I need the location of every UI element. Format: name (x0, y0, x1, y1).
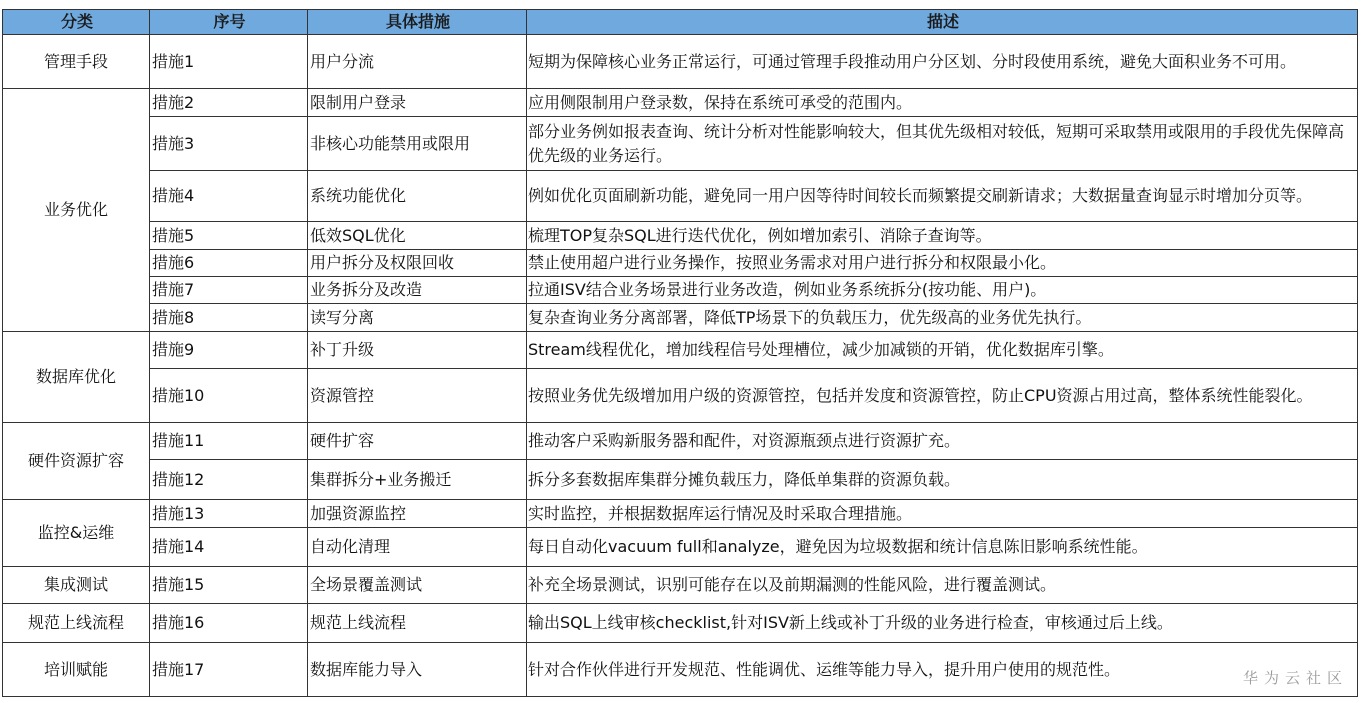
measure-name-cell: 全场景覆盖测试 (308, 567, 527, 604)
measure-id-cell: 措施2 (150, 89, 308, 117)
description-cell: 禁止使用超户进行业务操作，按照业务需求对用户进行拆分和权限最小化。 (527, 250, 1358, 277)
watermark: 华为云社区 (1243, 667, 1348, 688)
measure-id-cell: 措施16 (150, 604, 308, 643)
measure-id-cell: 措施1 (150, 35, 308, 89)
description-cell: 应用侧限制用户登录数，保持在系统可承受的范围内。 (527, 89, 1358, 117)
category-cell: 管理手段 (3, 35, 150, 89)
description-cell: 梳理TOP复杂SQL进行迭代优化，例如增加索引、消除子查询等。 (527, 222, 1358, 250)
measure-name-cell: 读写分离 (308, 304, 527, 332)
table-header-row: 分类 序号 具体措施 描述 (3, 10, 1358, 35)
description-cell: 输出SQL上线审核checklist,针对ISV新上线或补丁升级的业务进行检查，… (527, 604, 1358, 643)
measure-name-cell: 业务拆分及改造 (308, 277, 527, 304)
category-cell: 监控&运维 (3, 500, 150, 567)
table-row: 规范上线流程措施16规范上线流程输出SQL上线审核checklist,针对ISV… (3, 604, 1358, 643)
measure-id-cell: 措施12 (150, 460, 308, 500)
table-row: 措施5低效SQL优化梳理TOP复杂SQL进行迭代优化，例如增加索引、消除子查询等… (3, 222, 1358, 250)
table-row: 措施4系统功能优化例如优化页面刷新功能，避免同一用户因等待时间较长而频繁提交刷新… (3, 171, 1358, 222)
measures-table: 分类 序号 具体措施 描述 管理手段措施1用户分流短期为保障核心业务正常运行，可… (2, 9, 1358, 697)
measure-id-cell: 措施5 (150, 222, 308, 250)
measure-name-cell: 用户拆分及权限回收 (308, 250, 527, 277)
description-cell: 短期为保障核心业务正常运行，可通过管理手段推动用户分区划、分时段使用系统，避免大… (527, 35, 1358, 89)
measure-id-cell: 措施11 (150, 423, 308, 460)
measure-id-cell: 措施6 (150, 250, 308, 277)
measure-name-cell: 限制用户登录 (308, 89, 527, 117)
table-row: 数据库优化措施9补丁升级Stream线程优化，增加线程信号处理槽位，减少加减锁的… (3, 332, 1358, 369)
measure-name-cell: 数据库能力导入 (308, 643, 527, 697)
table-row: 管理手段措施1用户分流短期为保障核心业务正常运行，可通过管理手段推动用户分区划、… (3, 35, 1358, 89)
description-cell: 拉通ISV结合业务场景进行业务改造，例如业务系统拆分(按功能、用户)。 (527, 277, 1358, 304)
measure-name-cell: 硬件扩容 (308, 423, 527, 460)
table-row: 措施6用户拆分及权限回收禁止使用超户进行业务操作，按照业务需求对用户进行拆分和权… (3, 250, 1358, 277)
table-row: 硬件资源扩容措施11硬件扩容推动客户采购新服务器和配件，对资源瓶颈点进行资源扩充… (3, 423, 1358, 460)
category-cell: 硬件资源扩容 (3, 423, 150, 500)
description-cell: 按照业务优先级增加用户级的资源管控，包括并发度和资源管控，防止CPU资源占用过高… (527, 369, 1358, 423)
category-cell: 规范上线流程 (3, 604, 150, 643)
category-cell: 集成测试 (3, 567, 150, 604)
header-category: 分类 (3, 10, 150, 35)
description-cell: 针对合作伙伴进行开发规范、性能调优、运维等能力导入，提升用户使用的规范性。 (527, 643, 1358, 697)
description-cell: 例如优化页面刷新功能，避免同一用户因等待时间较长而频繁提交刷新请求；大数据量查询… (527, 171, 1358, 222)
table-row: 措施7业务拆分及改造拉通ISV结合业务场景进行业务改造，例如业务系统拆分(按功能… (3, 277, 1358, 304)
table-row: 措施14自动化清理每日自动化vacuum full和analyze，避免因为垃圾… (3, 528, 1358, 567)
table-row: 集成测试措施15全场景覆盖测试补充全场景测试，识别可能存在以及前期漏测的性能风险… (3, 567, 1358, 604)
category-cell: 业务优化 (3, 89, 150, 332)
table-row: 业务优化措施2限制用户登录应用侧限制用户登录数，保持在系统可承受的范围内。 (3, 89, 1358, 117)
description-cell: 每日自动化vacuum full和analyze，避免因为垃圾数据和统计信息陈旧… (527, 528, 1358, 567)
measure-id-cell: 措施10 (150, 369, 308, 423)
description-cell: 补充全场景测试，识别可能存在以及前期漏测的性能风险，进行覆盖测试。 (527, 567, 1358, 604)
measure-id-cell: 措施3 (150, 117, 308, 171)
measure-id-cell: 措施15 (150, 567, 308, 604)
table-body: 管理手段措施1用户分流短期为保障核心业务正常运行，可通过管理手段推动用户分区划、… (3, 35, 1358, 697)
description-cell: 复杂查询业务分离部署，降低TP场景下的负载压力，优先级高的业务优先执行。 (527, 304, 1358, 332)
measure-id-cell: 措施4 (150, 171, 308, 222)
measure-name-cell: 非核心功能禁用或限用 (308, 117, 527, 171)
measure-name-cell: 集群拆分+业务搬迁 (308, 460, 527, 500)
table-row: 监控&运维措施13加强资源监控实时监控，并根据数据库运行情况及时采取合理措施。 (3, 500, 1358, 528)
description-cell: 部分业务例如报表查询、统计分析对性能影响较大，但其优先级相对较低，短期可采取禁用… (527, 117, 1358, 171)
measure-name-cell: 系统功能优化 (308, 171, 527, 222)
measure-name-cell: 用户分流 (308, 35, 527, 89)
measure-name-cell: 规范上线流程 (308, 604, 527, 643)
measure-id-cell: 措施14 (150, 528, 308, 567)
measure-name-cell: 补丁升级 (308, 332, 527, 369)
table-row: 措施3非核心功能禁用或限用部分业务例如报表查询、统计分析对性能影响较大，但其优先… (3, 117, 1358, 171)
measure-id-cell: 措施7 (150, 277, 308, 304)
description-cell: 拆分多套数据库集群分摊负载压力，降低单集群的资源负载。 (527, 460, 1358, 500)
measure-id-cell: 措施9 (150, 332, 308, 369)
category-cell: 培训赋能 (3, 643, 150, 697)
description-cell: 推动客户采购新服务器和配件，对资源瓶颈点进行资源扩充。 (527, 423, 1358, 460)
table-row: 措施8读写分离复杂查询业务分离部署，降低TP场景下的负载压力，优先级高的业务优先… (3, 304, 1358, 332)
description-cell: 实时监控，并根据数据库运行情况及时采取合理措施。 (527, 500, 1358, 528)
measures-table-container: 分类 序号 具体措施 描述 管理手段措施1用户分流短期为保障核心业务正常运行，可… (2, 9, 1358, 697)
category-cell: 数据库优化 (3, 332, 150, 423)
measure-name-cell: 加强资源监控 (308, 500, 527, 528)
header-id: 序号 (150, 10, 308, 35)
description-cell: Stream线程优化，增加线程信号处理槽位，减少加减锁的开销，优化数据库引擎。 (527, 332, 1358, 369)
table-row: 措施10资源管控按照业务优先级增加用户级的资源管控，包括并发度和资源管控，防止C… (3, 369, 1358, 423)
table-row: 培训赋能措施17数据库能力导入针对合作伙伴进行开发规范、性能调优、运维等能力导入… (3, 643, 1358, 697)
measure-name-cell: 低效SQL优化 (308, 222, 527, 250)
header-description: 描述 (527, 10, 1358, 35)
measure-id-cell: 措施8 (150, 304, 308, 332)
measure-name-cell: 资源管控 (308, 369, 527, 423)
measure-id-cell: 措施13 (150, 500, 308, 528)
measure-name-cell: 自动化清理 (308, 528, 527, 567)
measure-id-cell: 措施17 (150, 643, 308, 697)
table-row: 措施12集群拆分+业务搬迁拆分多套数据库集群分摊负载压力，降低单集群的资源负载。 (3, 460, 1358, 500)
header-measure: 具体措施 (308, 10, 527, 35)
